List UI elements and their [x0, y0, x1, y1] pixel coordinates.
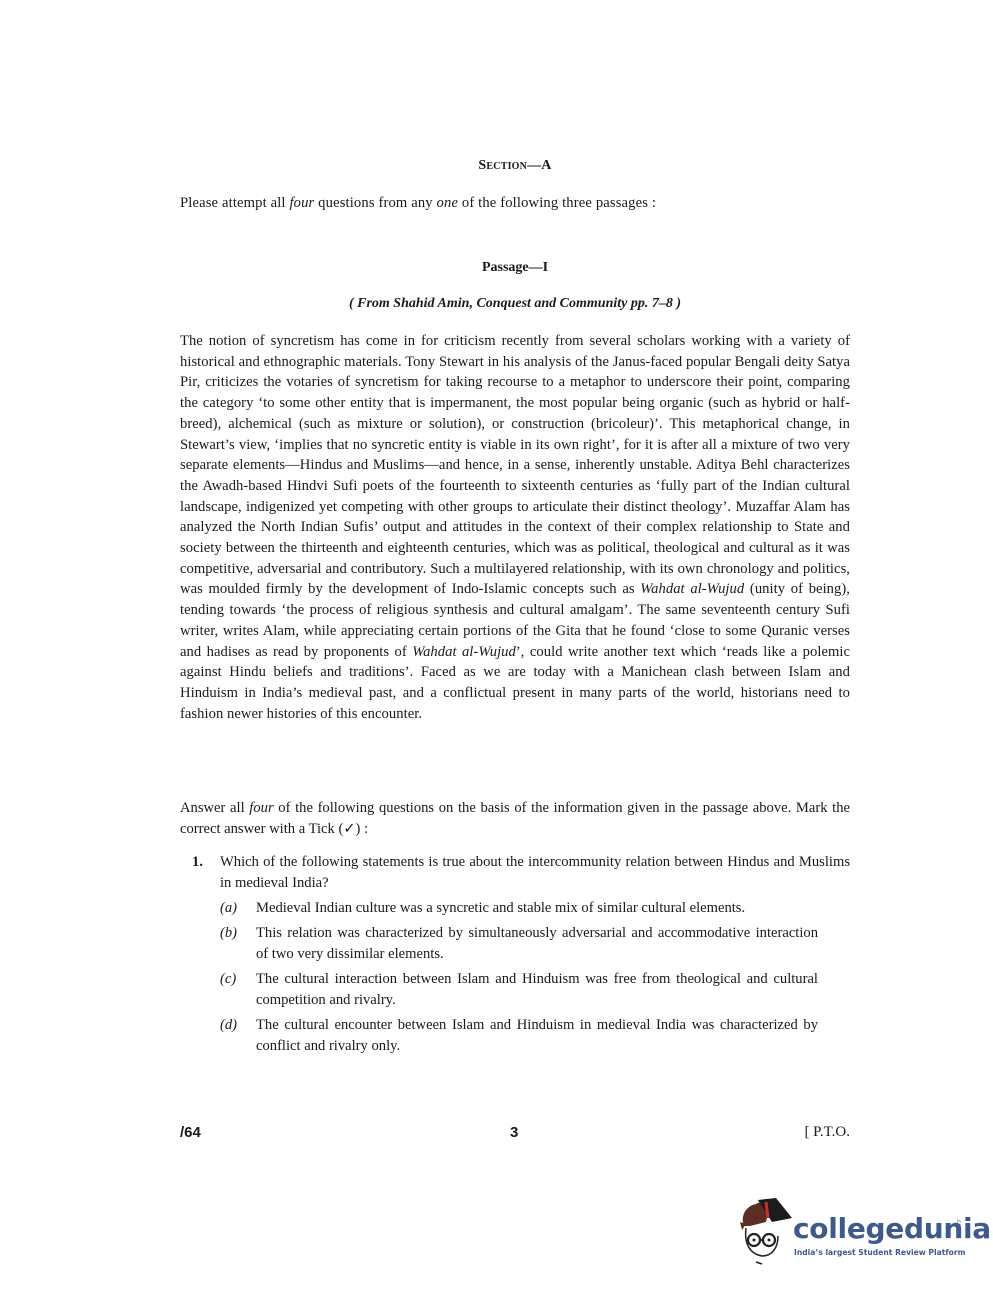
- option-b[interactable]: (b) This relation was characterized by s…: [220, 923, 850, 965]
- option-text: Medieval Indian culture was a syncretic …: [256, 898, 850, 919]
- answer-instruction-text: of the following questions on the basis …: [180, 800, 850, 837]
- option-text: The cultural encounter between Islam and…: [256, 1015, 850, 1057]
- instruction-emphasis: one: [437, 195, 459, 211]
- option-label: (d): [220, 1015, 256, 1057]
- option-label: (a): [220, 898, 256, 919]
- mascot-icon: [736, 1196, 794, 1268]
- passage-source: ( From Shahid Amin, Conquest and Communi…: [180, 296, 850, 312]
- question-number: 1.: [192, 852, 220, 894]
- brand-domain: .com: [955, 1218, 962, 1233]
- section-title-suffix: —A: [527, 158, 552, 173]
- paper-code: /64: [180, 1124, 201, 1141]
- question-text: Which of the following statements is tru…: [220, 852, 850, 894]
- option-a[interactable]: (a) Medieval Indian culture was a syncre…: [220, 898, 850, 919]
- passage-text: The notion of syncretism has come in for…: [180, 333, 850, 597]
- passage-body: The notion of syncretism has come in for…: [180, 331, 850, 724]
- section-instruction: Please attempt all four questions from a…: [180, 195, 850, 212]
- instruction-text: of the following three passages :: [458, 195, 656, 211]
- instruction-text: Please attempt all: [180, 195, 289, 211]
- brand-tagline: India’s largest Student Review Platform: [794, 1248, 966, 1257]
- section-title: Section—A: [180, 158, 850, 174]
- answer-options: (a) Medieval Indian culture was a syncre…: [220, 898, 850, 1057]
- collegedunia-watermark: collegedunia .com India’s largest Studen…: [736, 1196, 966, 1276]
- answer-instruction-text: Answer all: [180, 800, 249, 816]
- option-text: The cultural interaction between Islam a…: [256, 969, 850, 1011]
- question-1: 1. Which of the following statements is …: [192, 852, 850, 1061]
- instruction-emphasis: four: [289, 195, 314, 211]
- option-d[interactable]: (d) The cultural encounter between Islam…: [220, 1015, 850, 1057]
- section-title-rest: ection: [486, 158, 527, 173]
- instruction-text: questions from any: [314, 195, 436, 211]
- answer-instruction: Answer all four of the following questio…: [180, 798, 850, 840]
- option-label: (b): [220, 923, 256, 965]
- option-text: This relation was characterized by simul…: [256, 923, 850, 965]
- please-turn-over: [ P.T.O.: [804, 1124, 850, 1141]
- option-c[interactable]: (c) The cultural interaction between Isl…: [220, 969, 850, 1011]
- passage-title: Passage—I: [180, 260, 850, 276]
- passage-term: Wahdat al-Wujud: [412, 644, 516, 660]
- passage-term: Wahdat al-Wujud: [640, 581, 744, 597]
- option-label: (c): [220, 969, 256, 1011]
- answer-instruction-emphasis: four: [249, 800, 273, 816]
- page-number: 3: [510, 1124, 518, 1141]
